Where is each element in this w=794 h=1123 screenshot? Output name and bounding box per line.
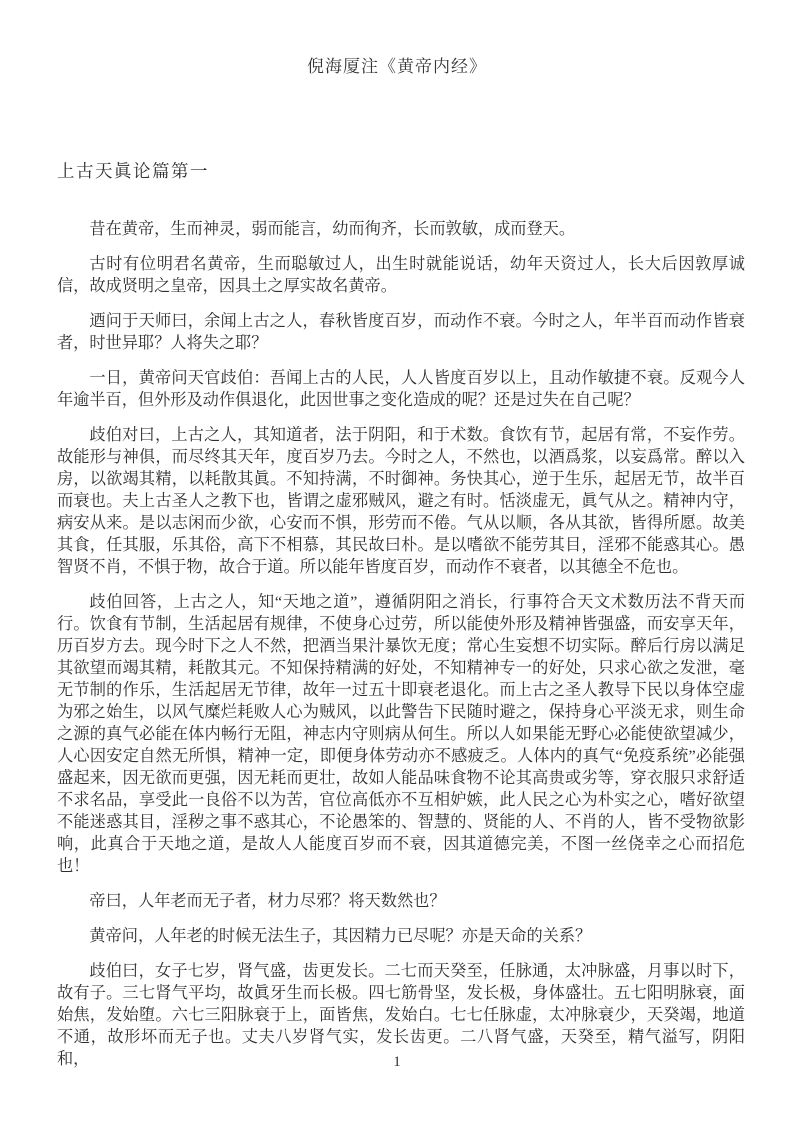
paragraph: 歧伯回答，上古之人，知“天地之道”，遵循阴阳之消长，行事符合天文术数历法不背天而… bbox=[57, 591, 745, 877]
paragraph: 帝曰，人年老而无子者，材力尽邪？将天数然也？ bbox=[57, 890, 745, 912]
page-number: 1 bbox=[0, 1054, 794, 1071]
document-title: 倪海厦注《黄帝内经》 bbox=[0, 0, 794, 78]
paragraph: 昔在黄帝，生而神灵，弱而能言，幼而徇齐，长而敦敏，成而登天。 bbox=[57, 218, 745, 240]
body-text: 昔在黄帝，生而神灵，弱而能言，幼而徇齐，长而敦敏，成而登天。 古时有位明君名黄帝… bbox=[0, 182, 794, 1070]
paragraph: 歧伯对曰，上古之人，其知道者，法于阴阳，和于术数。食饮有节，起居有常，不妄作劳。… bbox=[57, 424, 745, 578]
chapter-title: 上古天眞论篇第一 bbox=[0, 160, 794, 182]
paragraph: 黄帝问，人年老的时候无法生子，其因精力已尽呢？亦是天命的关系？ bbox=[57, 925, 745, 947]
paragraph: 一日，黄帝问天官歧伯：吾闻上古的人民，人人皆度百岁以上，且动作敏捷不衰。反观今人… bbox=[57, 367, 745, 411]
paragraph: 迺问于天师曰，余闻上古之人，春秋皆度百岁，而动作不衰。今时之人，年半百而动作皆衰… bbox=[57, 310, 745, 354]
paragraph: 古时有位明君名黄帝，生而聪敏过人，出生时就能说话，幼年天资过人，长大后因敦厚诚信… bbox=[57, 253, 745, 297]
document-page: 倪海厦注《黄帝内经》 上古天眞论篇第一 昔在黄帝，生而神灵，弱而能言，幼而徇齐，… bbox=[0, 0, 794, 1123]
